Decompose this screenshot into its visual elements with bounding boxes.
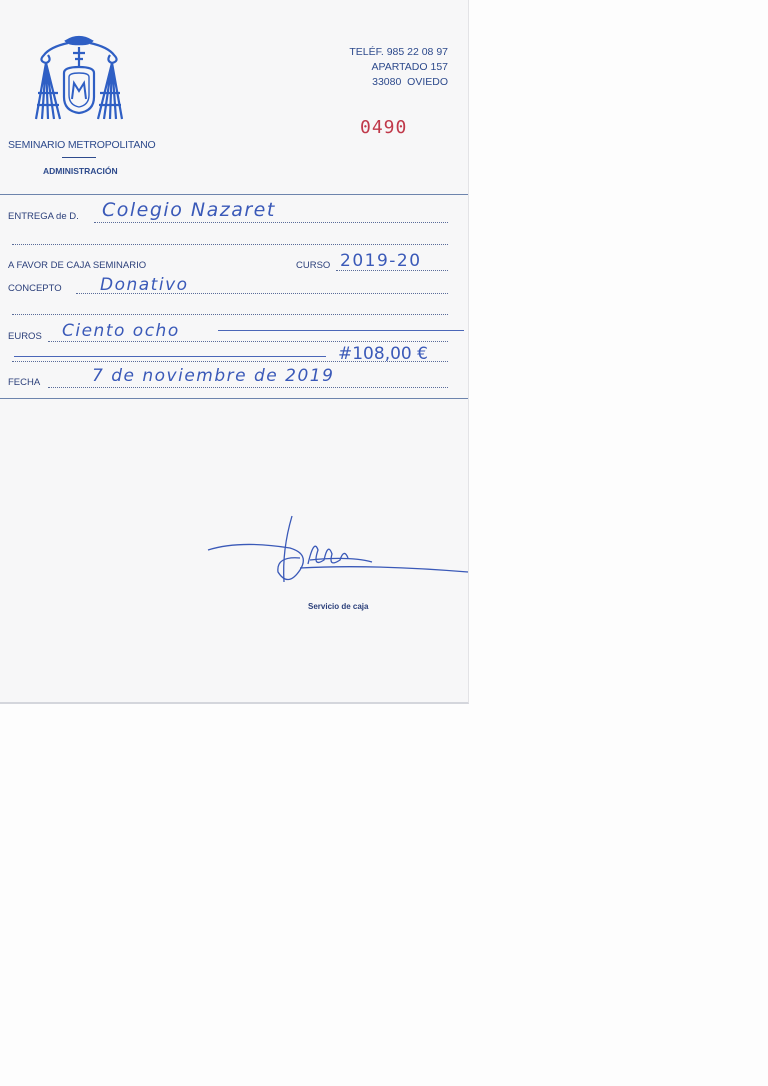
euros-label: EUROS: [8, 331, 42, 342]
phone-text: TELÉF. 985 22 08 97: [349, 45, 448, 60]
po-box-text: APARTADO 157: [349, 60, 448, 75]
fill-stroke: [218, 330, 464, 331]
department-name: ADMINISTRACIÓN: [43, 166, 118, 176]
in-favor-label: A FAVOR DE CAJA SEMINARIO: [8, 260, 146, 271]
fill-stroke: [14, 356, 326, 357]
signature-label: Servicio de caja: [308, 602, 368, 611]
city-text: 33080 OVIEDO: [349, 75, 448, 90]
receipt-number: 0490: [360, 117, 407, 138]
section-divider-bottom: [0, 398, 468, 399]
contact-block: TELÉF. 985 22 08 97 APARTADO 157 33080 O…: [349, 45, 448, 90]
euros-numeric-value: #108,00 €: [338, 344, 428, 364]
handwritten-signature-icon: [200, 510, 470, 600]
concept-value: Donativo: [100, 275, 189, 295]
concept-line-2: [12, 314, 448, 315]
receipt-paper: SEMINARIO METROPOLITANO ADMINISTRACIÓN T…: [0, 0, 469, 704]
date-value: 7 de noviembre de 2019: [92, 366, 334, 386]
section-divider-top: [0, 194, 468, 195]
delivered-by-line: [94, 222, 448, 223]
delivered-by-line-2: [12, 244, 448, 245]
concept-label: CONCEPTO: [8, 283, 62, 294]
date-line: [48, 387, 448, 388]
euros-words-value: Ciento ocho: [62, 321, 180, 341]
course-label: CURSO: [296, 260, 330, 271]
course-value: 2019-20: [340, 251, 422, 271]
divider: [62, 157, 96, 158]
organization-name: SEMINARIO METROPOLITANO: [8, 139, 155, 151]
euros-line: [48, 341, 448, 342]
delivered-by-label: ENTREGA de D.: [8, 211, 79, 222]
delivered-by-value: Colegio Nazaret: [102, 199, 276, 221]
date-label: FECHA: [8, 377, 40, 388]
episcopal-coat-of-arms-icon: [30, 33, 128, 129]
